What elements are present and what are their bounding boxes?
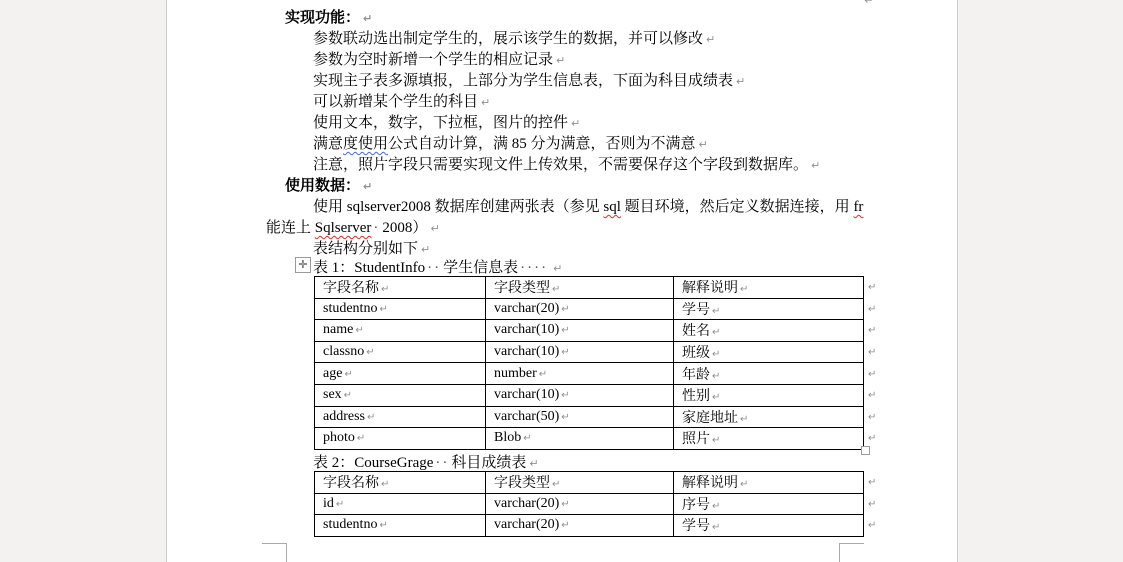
spellcheck-underline: sql	[603, 199, 621, 215]
paragraph-mark: ↵	[363, 180, 372, 193]
row-end-mark: ↵	[868, 304, 876, 315]
row-end-mark-cell: ↵	[864, 298, 889, 320]
cell-end-mark: ↵	[740, 414, 748, 425]
paragraph-mark: ↵	[811, 159, 820, 172]
paragraph-mark: ↵	[706, 33, 715, 46]
table-cell[interactable]: varchar(10)↵	[486, 341, 674, 363]
table-row: address↵ varchar(50)↵ 家庭地址↵ ↵	[315, 406, 889, 428]
row-end-mark: ↵	[868, 282, 876, 293]
table-cell[interactable]: 班级↵	[674, 341, 864, 363]
row-end-mark-cell: ↵	[864, 384, 889, 406]
paragraph-mark: ↵	[529, 457, 538, 470]
table-cell[interactable]: 字段类型↵	[486, 277, 674, 299]
cell-end-mark: ↵	[336, 499, 344, 510]
table-cell[interactable]: studentno↵	[315, 515, 486, 537]
row-end-mark-cell: ↵	[864, 406, 889, 428]
cell-end-mark: ↵	[740, 479, 748, 490]
row-end-mark-cell: ↵	[864, 277, 889, 299]
row-end-mark: ↵	[868, 433, 876, 444]
row-end-mark-cell: ↵	[864, 472, 889, 494]
table-cell[interactable]: classno↵	[315, 341, 486, 363]
cell-end-mark: ↵	[379, 304, 387, 315]
row-end-mark-cell: ↵	[864, 363, 889, 385]
table-cell[interactable]: age↵	[315, 363, 486, 385]
heading-use-data[interactable]: 使用数据：↵	[266, 176, 866, 197]
table-cell[interactable]: varchar(20)↵	[486, 515, 674, 537]
para-line[interactable]: 使用 sqlserver2008 数据库创建两张表（参见 sql 题目环境，然后…	[266, 197, 866, 218]
table-cell[interactable]: sex↵	[315, 384, 486, 406]
table-cell[interactable]: 字段名称↵	[315, 472, 486, 494]
cell-end-mark: ↵	[561, 347, 569, 358]
table-cell[interactable]: name↵	[315, 320, 486, 342]
table-row: 字段名称↵ 字段类型↵ 解释说明↵ ↵	[315, 277, 889, 299]
table2-caption[interactable]: 表 2：CourseGrage··科目成绩表↵	[313, 451, 539, 472]
cell-end-mark: ↵	[344, 369, 352, 380]
row-end-mark: ↵	[868, 477, 876, 488]
table-cell[interactable]: 解释说明↵	[674, 277, 864, 299]
paragraph-mark: ↵	[736, 75, 745, 88]
table1-caption[interactable]: 表 1：StudentInfo··学生信息表····↵	[313, 256, 562, 277]
cell-end-mark: ↵	[712, 306, 720, 317]
cell-end-mark: ↵	[523, 433, 531, 444]
para-line[interactable]: 注意，照片字段只需要实现文件上传效果，不需要保存这个字段到数据库。↵	[266, 155, 866, 176]
table-cell[interactable]: id↵	[315, 493, 486, 515]
cell-end-mark: ↵	[561, 499, 569, 510]
table-cell[interactable]: 家庭地址↵	[674, 406, 864, 428]
table-cell[interactable]: varchar(10)↵	[486, 320, 674, 342]
field-table-studentinfo: 字段名称↵ 字段类型↵ 解释说明↵ ↵ studentno↵ varchar(2…	[314, 276, 889, 450]
para-line[interactable]: 参数联动选出制定学生的，展示该学生的数据，并可以修改↵	[266, 29, 866, 50]
document-body: 实现功能：↵ 参数联动选出制定学生的，展示该学生的数据，并可以修改↵ 参数为空时…	[266, 8, 866, 260]
cell-end-mark: ↵	[712, 392, 720, 403]
row-end-mark: ↵	[868, 325, 876, 336]
table-cell[interactable]: varchar(50)↵	[486, 406, 674, 428]
row-end-mark: ↵	[868, 412, 876, 423]
para-line[interactable]: 使用文本，数字，下拉框，图片的控件↵	[266, 113, 866, 134]
cell-end-mark: ↵	[381, 284, 389, 295]
cell-end-mark: ↵	[539, 369, 547, 380]
para-line[interactable]: 实现主子表多源填报，上部分为学生信息表，下面为科目成绩表↵	[266, 71, 866, 92]
cell-end-mark: ↵	[712, 371, 720, 382]
para-line[interactable]: 满意度使用公式自动计算，满 85 分为满意，否则为不满意↵	[266, 134, 866, 155]
cell-end-mark: ↵	[561, 520, 569, 531]
paragraph-mark: ↵	[363, 12, 372, 25]
row-end-mark-cell: ↵	[864, 493, 889, 515]
app-window: ↵ 实现功能：↵ 参数联动选出制定学生的，展示该学生的数据，并可以修改↵ 参数为…	[0, 0, 1123, 562]
cell-end-mark: ↵	[712, 435, 720, 446]
para-line[interactable]: 能连上 Sqlserver·2008）↵	[266, 218, 866, 239]
cell-end-mark: ↵	[740, 284, 748, 295]
grammar-check-underline: 度使用	[343, 136, 388, 152]
row-end-mark-cell: ↵	[864, 341, 889, 363]
space-mark: ····	[520, 260, 548, 276]
text-boundary-corner-mark	[262, 543, 287, 562]
row-end-mark-cell: ↵	[864, 320, 889, 342]
paragraph-mark: ↵	[571, 117, 580, 130]
cell-end-mark: ↵	[561, 390, 569, 401]
table-row: name↵ varchar(10)↵ 姓名↵ ↵	[315, 320, 889, 342]
text-boundary-corner-mark	[839, 543, 864, 562]
paragraph-mark: ↵	[421, 243, 430, 256]
cell-end-mark: ↵	[712, 327, 720, 338]
table-cell[interactable]: 字段类型↵	[486, 472, 674, 494]
table-row: classno↵ varchar(10)↵ 班级↵ ↵	[315, 341, 889, 363]
table-cell[interactable]: 姓名↵	[674, 320, 864, 342]
table-row: id↵ varchar(20)↵ 序号↵ ↵	[315, 493, 889, 515]
table-cell[interactable]: 学号↵	[674, 515, 864, 537]
cell-end-mark: ↵	[367, 412, 375, 423]
row-end-mark-cell: ↵	[864, 515, 889, 537]
cell-end-mark: ↵	[712, 522, 720, 533]
cell-end-mark: ↵	[561, 412, 569, 423]
cell-end-mark: ↵	[366, 347, 374, 358]
paragraph-mark: ↵	[430, 222, 439, 235]
paragraph-mark: ↵	[481, 96, 490, 109]
table-cell[interactable]: number↵	[486, 363, 674, 385]
table-row: sex↵ varchar(10)↵ 性别↵ ↵	[315, 384, 889, 406]
document-page[interactable]: ↵ 实现功能：↵ 参数联动选出制定学生的，展示该学生的数据，并可以修改↵ 参数为…	[166, 0, 958, 562]
heading-implement-features[interactable]: 实现功能：↵	[266, 8, 866, 29]
table-row: photo↵ Blob↵ 照片↵ ↵	[315, 428, 889, 450]
table-cell[interactable]: studentno↵	[315, 298, 486, 320]
table-cell[interactable]: varchar(20)↵	[486, 298, 674, 320]
table-resize-handle[interactable]	[861, 446, 870, 455]
table-cell[interactable]: 性别↵	[674, 384, 864, 406]
para-line[interactable]: 可以新增某个学生的科目↵	[266, 92, 866, 113]
cell-end-mark: ↵	[712, 349, 720, 360]
table-row: studentno↵ varchar(20)↵ 学号↵ ↵	[315, 515, 889, 537]
cell-end-mark: ↵	[561, 325, 569, 336]
paragraph-mark: ↵	[553, 262, 562, 275]
space-mark: ··	[435, 455, 449, 471]
cell-end-mark: ↵	[357, 433, 365, 444]
paragraph-mark: ↵	[699, 138, 708, 151]
cell-end-mark: ↵	[552, 479, 560, 490]
paragraph-mark: ↵	[556, 54, 565, 67]
row-end-mark: ↵	[868, 369, 876, 380]
clipped-paragraph-mark: ↵	[864, 0, 874, 7]
table-cell[interactable]: varchar(20)↵	[486, 493, 674, 515]
para-line[interactable]: 参数为空时新增一个学生的相应记录↵	[266, 50, 866, 71]
table-row: age↵ number↵ 年龄↵ ↵	[315, 363, 889, 385]
cell-end-mark: ↵	[561, 304, 569, 315]
table-cell[interactable]: 序号↵	[674, 493, 864, 515]
space-mark: ··	[427, 260, 441, 276]
spellcheck-underline: Sqlserver	[315, 220, 372, 236]
cell-end-mark: ↵	[344, 390, 352, 401]
cell-end-mark: ↵	[552, 284, 560, 295]
table-cell[interactable]: Blob↵	[486, 428, 674, 450]
table-cell[interactable]: 年龄↵	[674, 363, 864, 385]
table-cell[interactable]: address↵	[315, 406, 486, 428]
table-cell[interactable]: varchar(10)↵	[486, 384, 674, 406]
row-end-mark: ↵	[868, 499, 876, 510]
spellcheck-underline: fr	[853, 199, 863, 215]
cell-end-mark: ↵	[712, 501, 720, 512]
space-mark: ·	[373, 220, 380, 236]
table-cell[interactable]: 学号↵	[674, 298, 864, 320]
row-end-mark: ↵	[868, 390, 876, 401]
table-cell[interactable]: 照片↵	[674, 428, 864, 450]
table-cell[interactable]: 字段名称↵	[315, 277, 486, 299]
table-row: studentno↵ varchar(20)↵ 学号↵ ↵	[315, 298, 889, 320]
table-move-handle-icon[interactable]: ✛	[295, 257, 311, 273]
cell-end-mark: ↵	[379, 520, 387, 531]
cell-end-mark: ↵	[355, 325, 363, 336]
cell-end-mark: ↵	[381, 479, 389, 490]
row-end-mark: ↵	[868, 520, 876, 531]
table-row: 字段名称↵ 字段类型↵ 解释说明↵ ↵	[315, 472, 889, 494]
row-end-mark: ↵	[868, 347, 876, 358]
field-table-coursegrage: 字段名称↵ 字段类型↵ 解释说明↵ ↵ id↵ varchar(20)↵ 序号↵…	[314, 471, 889, 537]
table-cell[interactable]: photo↵	[315, 428, 486, 450]
table-cell[interactable]: 解释说明↵	[674, 472, 864, 494]
